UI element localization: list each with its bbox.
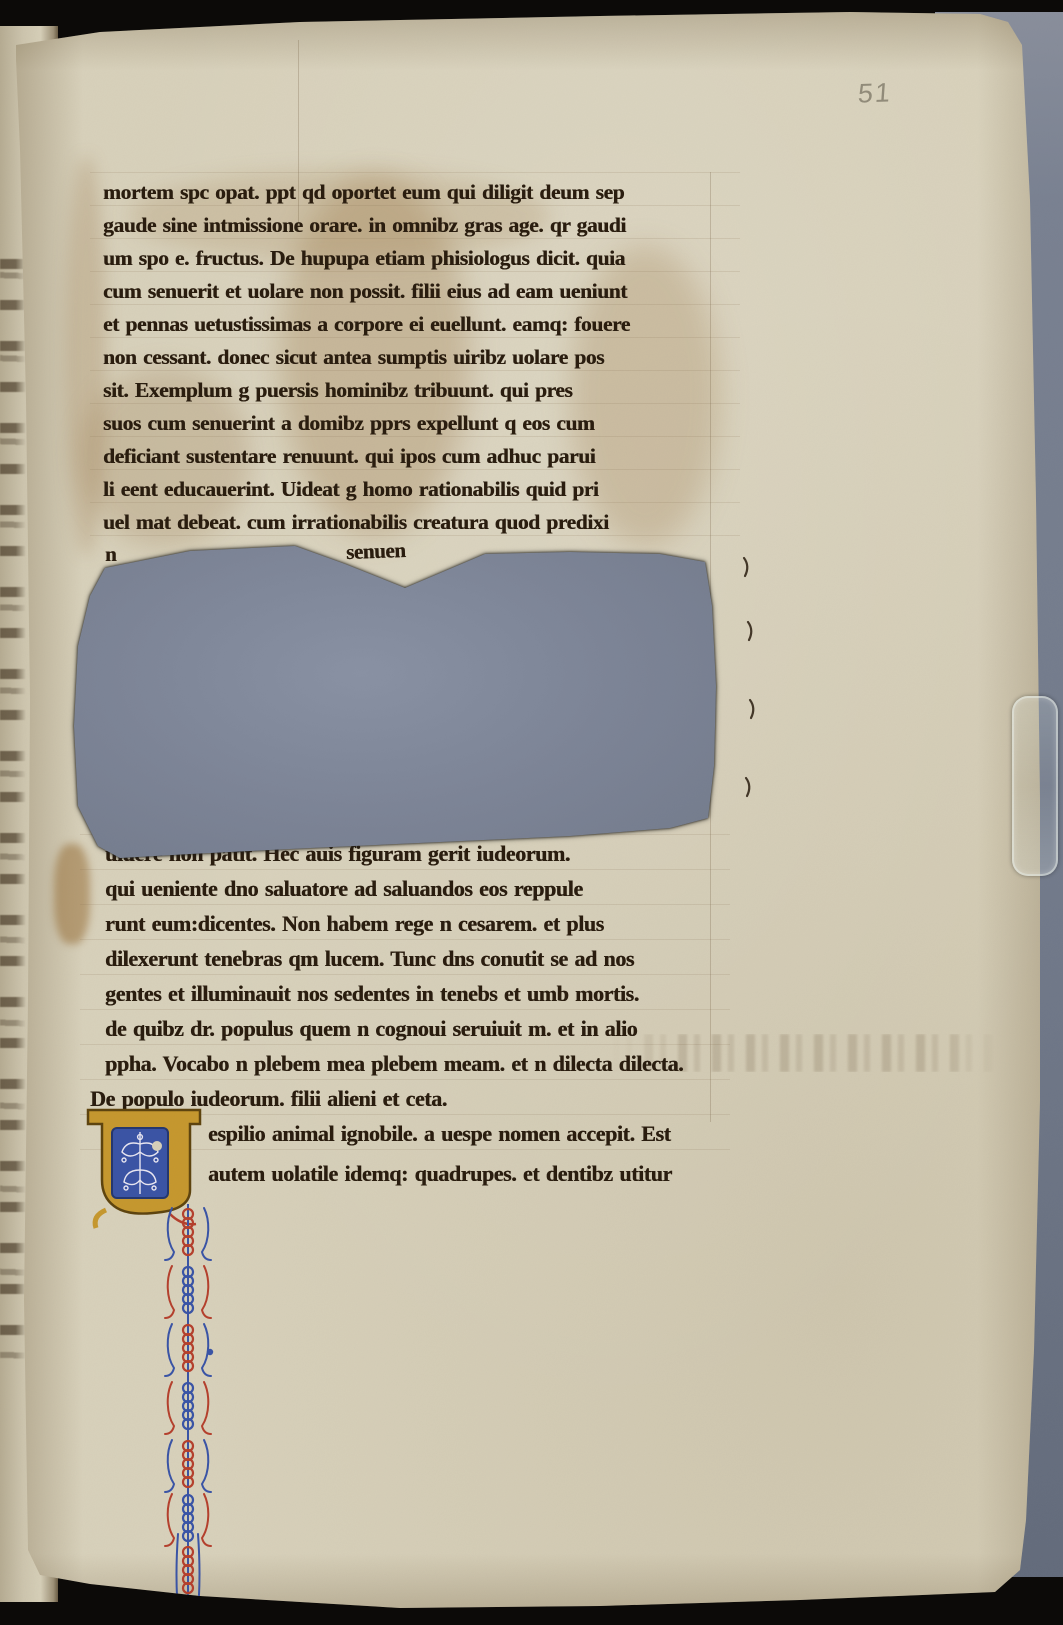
excision-backing-patch <box>68 534 720 866</box>
folio-number: 51 <box>857 77 893 109</box>
upper-text-block: mortem spc opat. ppt qd oportet eum qui … <box>103 176 630 539</box>
manuscript-text-line: uel mat debeat. cum irrationabilis creat… <box>103 506 630 539</box>
line-end-flourishes <box>734 552 760 822</box>
manuscript-photograph: 51 mortem spc opat. ppt qd oportet eum q… <box>0 0 1063 1625</box>
partial-line-fragment: n <box>105 542 116 567</box>
manuscript-text-line: espilio animal ignobile. a uespe nomen a… <box>208 1114 672 1154</box>
facing-page-text-fragments <box>0 246 26 1366</box>
lower-text-block: uiuere non patit. Hec auis figuram gerit… <box>90 836 683 1116</box>
manuscript-text-line: de quibz dr. populus quem n cognoui seru… <box>90 1011 683 1046</box>
manuscript-text-line: suos cum senuerint a domibz pprs expellu… <box>103 407 630 440</box>
manuscript-text-line: sit. Exemplum g puersis hominibz tribuun… <box>103 374 630 407</box>
parchment-page: 51 mortem spc opat. ppt qd oportet eum q… <box>10 6 1050 1618</box>
manuscript-text-line: runt eum:dicentes. Non habem rege n cesa… <box>90 906 683 941</box>
manuscript-text-line: deficiant sustentare renuunt. qui ipos c… <box>103 440 630 473</box>
manuscript-text-line: qui ueniente dno saluatore ad saluandos … <box>90 871 683 906</box>
manuscript-text-line: autem uolatile idemq: quadrupes. et dent… <box>208 1154 672 1194</box>
manuscript-text-line: mortem spc opat. ppt qd oportet eum qui … <box>103 176 630 209</box>
water-stain <box>66 156 106 556</box>
vespilio-paragraph: espilio animal ignobile. a uespe nomen a… <box>208 1114 672 1194</box>
penwork-flourish <box>152 1204 232 1619</box>
manuscript-text-line: um spo e. fructus. De hupupa etiam phisi… <box>103 242 630 275</box>
partial-line-fragment: senuen <box>346 538 406 565</box>
manuscript-text-line: ppha. Vocabo n plebem mea plebem meam. e… <box>90 1046 683 1081</box>
manuscript-text-line: cum senuerit et uolare non possit. filii… <box>103 275 630 308</box>
manuscript-text-line: gentes et illuminauit nos sedentes in te… <box>90 976 683 1011</box>
margin-stain <box>54 844 90 944</box>
page-clasp <box>1012 696 1058 876</box>
manuscript-text-line: dilexerunt tenebras qm lucem. Tunc dns c… <box>90 941 683 976</box>
manuscript-text-line: non cessant. donec sicut antea sumptis u… <box>103 341 630 374</box>
manuscript-text-line: li eent educauerint. Uideat g homo ratio… <box>103 473 630 506</box>
manuscript-text-line: gaude sine intmissione orare. in omnibz … <box>103 209 630 242</box>
manuscript-text-line: et pennas uetustissimas a corpore ei eue… <box>103 308 630 341</box>
